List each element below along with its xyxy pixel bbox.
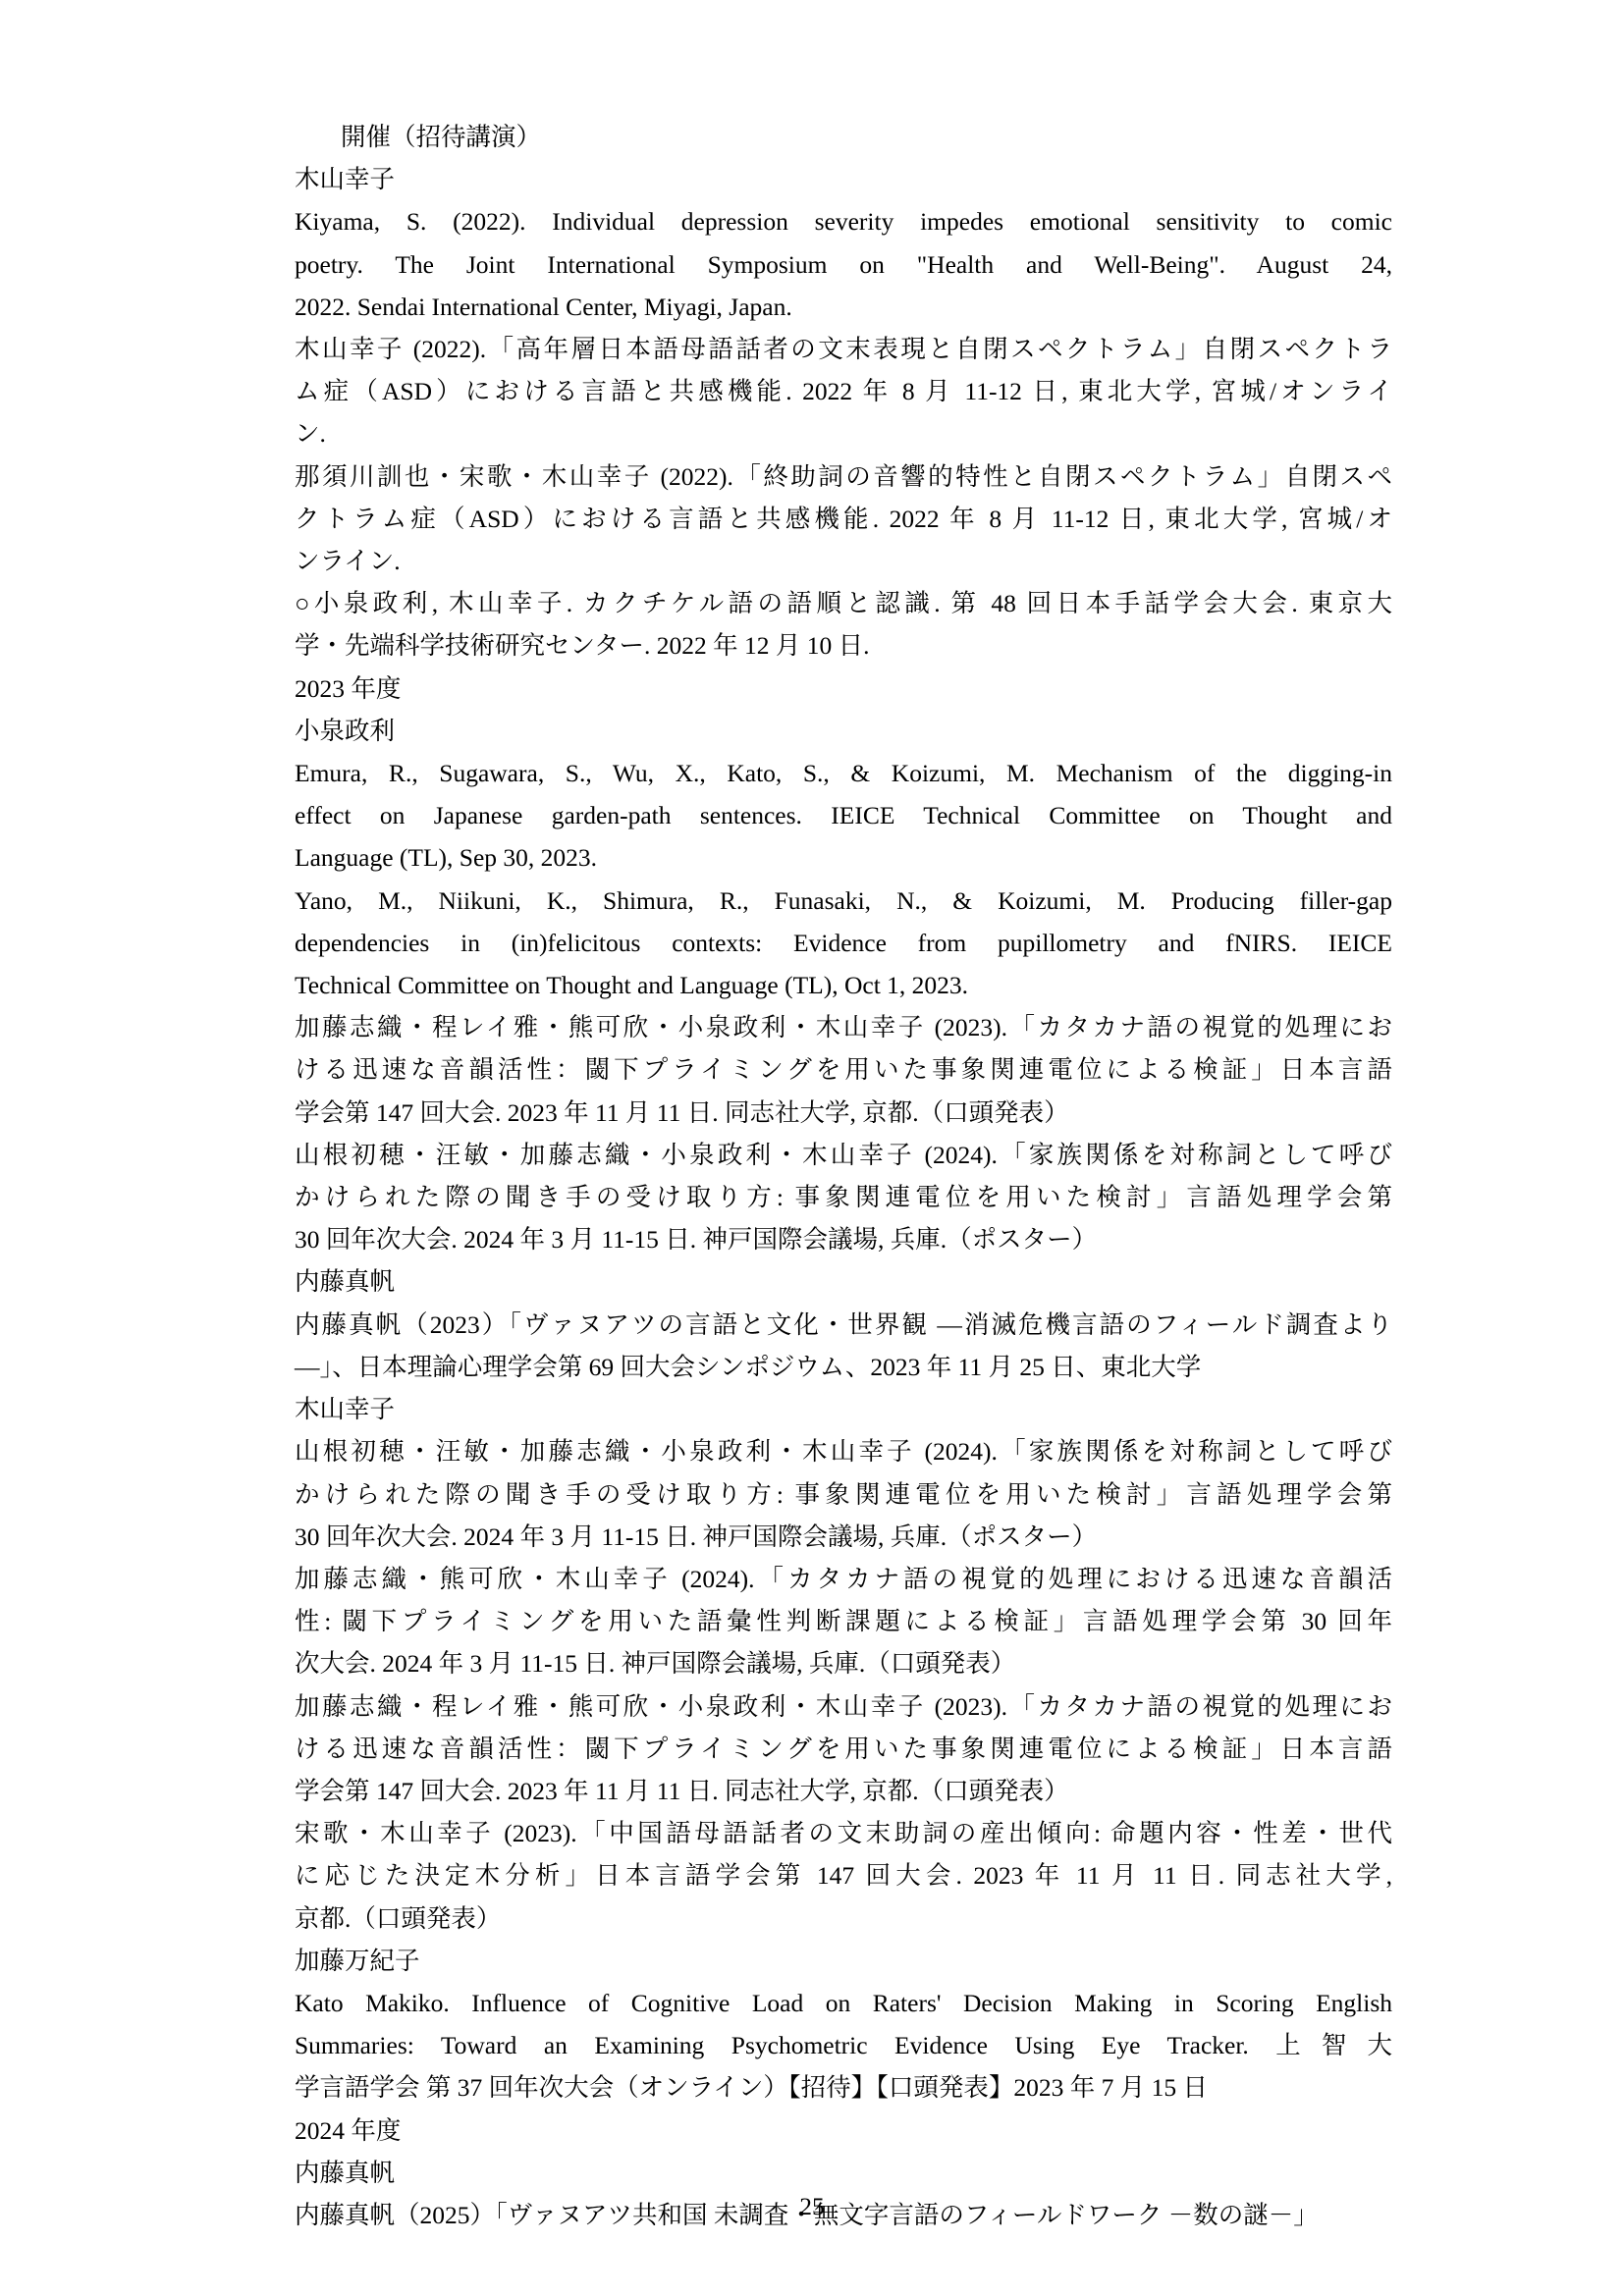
entry-line: 学会第 147 回大会. 2023 年 11 月 11 日. 同志社大学, 京都… xyxy=(341,1092,1392,1134)
entry-line: 30 回年次大会. 2024 年 3 月 11-15 日. 神戸国際会議場, 兵… xyxy=(341,1218,1392,1260)
entry-line: Kato Makiko. Influence of Cognitive Load… xyxy=(341,1982,1392,2024)
entry-line: ム症（ASD）における言語と共感機能. 2022 年 8 月 11-12 日, … xyxy=(341,370,1392,412)
entry-line: 学・先端科学技術研究センター. 2022 年 12 月 10 日. xyxy=(341,624,1392,667)
page-number: 25 xyxy=(0,2185,1624,2227)
entry-line: 加藤志織・程レイ雅・熊可欣・小泉政利・木山幸子 (2023).「カタカナ語の視覚… xyxy=(341,1685,1392,1728)
entry-line: クトラム症（ASD）における言語と共感機能. 2022 年 8 月 11-12 … xyxy=(341,498,1392,540)
entry-line: 加藤志織・熊可欣・木山幸子 (2024).「カタカナ語の視覚的処理における迅速な… xyxy=(341,1558,1392,1600)
reference-entry: Kiyama, S. (2022). Individual depression… xyxy=(295,200,1392,328)
entry-line: ―」、日本理論心理学会第 69 回大会シンポジウム、2023 年 11 月 25… xyxy=(341,1346,1392,1388)
entry-line: かけられた際の聞き手の受け取り方: 事象関連電位を用いた検討」言語処理学会第 xyxy=(341,1176,1392,1218)
entry-line: ける迅速な音韻活性：閾下プライミングを用いた事象関連電位による検証」日本言語 xyxy=(341,1048,1392,1091)
entry-line: Emura, R., Sugawara, S., Wu, X., Kato, S… xyxy=(341,752,1392,794)
entry-line: 内藤真帆（2023）「ヴァヌアツの言語と文化・世界観 ―消滅危機言語のフィールド… xyxy=(341,1304,1392,1346)
reference-entry: Emura, R., Sugawara, S., Wu, X., Kato, S… xyxy=(295,752,1392,880)
reference-entry: 加藤志織・熊可欣・木山幸子 (2024).「カタカナ語の視覚的処理における迅速な… xyxy=(295,1558,1392,1685)
entry-line: 那須川訓也・宋歌・木山幸子 (2022).「終助詞の音響的特性と自閉スペクトラム… xyxy=(341,455,1392,498)
entry-line: 2022. Sendai International Center, Miyag… xyxy=(341,286,1392,328)
entry-line: dependencies in (in)felicitous contexts:… xyxy=(341,922,1392,964)
entry-line: 学言語学会 第 37 回年次大会（オンライン）【招待】【口頭発表】2023 年 … xyxy=(341,2066,1392,2109)
author-heading: 加藤万紀子 xyxy=(295,1940,1392,1982)
document-page-body: 開催（招待講演） 木山幸子 Kiyama, S. (2022). Individ… xyxy=(295,116,1392,2236)
entry-line: 30 回年次大会. 2024 年 3 月 11-15 日. 神戸国際会議場, 兵… xyxy=(341,1516,1392,1558)
author-heading: 小泉政利 xyxy=(295,710,1392,752)
reference-entry: 宋歌・木山幸子 (2023).「中国語母語話者の文末助詞の産出傾向: 命題内容・… xyxy=(295,1812,1392,1940)
reference-entry: 山根初穂・汪敏・加藤志織・小泉政利・木山幸子 (2024).「家族関係を対称詞と… xyxy=(295,1430,1392,1558)
reference-entry: 加藤志織・程レイ雅・熊可欣・小泉政利・木山幸子 (2023).「カタカナ語の視覚… xyxy=(295,1006,1392,1134)
entry-line: 山根初穂・汪敏・加藤志織・小泉政利・木山幸子 (2024).「家族関係を対称詞と… xyxy=(341,1430,1392,1472)
reference-entry: 山根初穂・汪敏・加藤志織・小泉政利・木山幸子 (2024).「家族関係を対称詞と… xyxy=(295,1134,1392,1261)
entry-line: Yano, M., Niikuni, K., Shimura, R., Funa… xyxy=(341,880,1392,922)
entry-line: 性: 閾下プライミングを用いた語彙性判断課題による検証」言語処理学会第 30 回… xyxy=(341,1600,1392,1642)
fiscal-year-heading: 2024 年度 xyxy=(295,2109,1392,2152)
reference-entry: ○小泉政利, 木山幸子. カクチケル語の語順と認識. 第 48 回日本手話学会大… xyxy=(295,582,1392,667)
entry-line: に応じた決定木分析」日本言語学会第 147 回大会. 2023 年 11 月 1… xyxy=(341,1854,1392,1896)
entry-line: ける迅速な音韻活性：閾下プライミングを用いた事象関連電位による検証」日本言語 xyxy=(341,1728,1392,1770)
entry-line: Summaries: Toward an Examining Psychomet… xyxy=(341,2024,1392,2066)
entry-line: ○小泉政利, 木山幸子. カクチケル語の語順と認識. 第 48 回日本手話学会大… xyxy=(341,582,1392,624)
author-heading: 木山幸子 xyxy=(295,1388,1392,1430)
reference-entry: Kato Makiko. Influence of Cognitive Load… xyxy=(295,1982,1392,2109)
reference-entry: Yano, M., Niikuni, K., Shimura, R., Funa… xyxy=(295,880,1392,1007)
entry-line: 加藤志織・程レイ雅・熊可欣・小泉政利・木山幸子 (2023).「カタカナ語の視覚… xyxy=(341,1006,1392,1048)
reference-entry: 加藤志織・程レイ雅・熊可欣・小泉政利・木山幸子 (2023).「カタカナ語の視覚… xyxy=(295,1685,1392,1813)
entry-line: 次大会. 2024 年 3 月 11-15 日. 神戸国際会議場, 兵庫.（口頭… xyxy=(341,1642,1392,1684)
entry-line: effect on Japanese garden-path sentences… xyxy=(341,794,1392,836)
entry-line: 木山幸子 (2022).「高年層日本語母語話者の文末表現と自閉スペクトラム」自閉… xyxy=(341,328,1392,370)
reference-entry: 内藤真帆（2023）「ヴァヌアツの言語と文化・世界観 ―消滅危機言語のフィールド… xyxy=(295,1304,1392,1388)
entry-line: poetry. The Joint International Symposiu… xyxy=(341,243,1392,286)
reference-entry: 木山幸子 (2022).「高年層日本語母語話者の文末表現と自閉スペクトラム」自閉… xyxy=(295,328,1392,455)
entry-line: Technical Committee on Thought and Langu… xyxy=(341,964,1392,1006)
entry-line: 京都.（口頭発表） xyxy=(341,1897,1392,1940)
continued-entry-line: 開催（招待講演） xyxy=(295,116,1392,158)
reference-entry: 那須川訓也・宋歌・木山幸子 (2022).「終助詞の音響的特性と自閉スペクトラム… xyxy=(295,455,1392,583)
author-heading: 内藤真帆 xyxy=(295,1260,1392,1303)
entry-line: ン. xyxy=(341,412,1392,454)
entry-line: 宋歌・木山幸子 (2023).「中国語母語話者の文末助詞の産出傾向: 命題内容・… xyxy=(341,1812,1392,1854)
fiscal-year-heading: 2023 年度 xyxy=(295,667,1392,710)
entry-line: Kiyama, S. (2022). Individual depression… xyxy=(341,200,1392,242)
entry-line: かけられた際の聞き手の受け取り方: 事象関連電位を用いた検討」言語処理学会第 xyxy=(341,1473,1392,1516)
author-heading: 木山幸子 xyxy=(295,158,1392,200)
entry-line: ンライン. xyxy=(341,540,1392,582)
entry-line: Language (TL), Sep 30, 2023. xyxy=(341,836,1392,879)
entry-line: 山根初穂・汪敏・加藤志織・小泉政利・木山幸子 (2024).「家族関係を対称詞と… xyxy=(341,1134,1392,1176)
entry-line: 学会第 147 回大会. 2023 年 11 月 11 日. 同志社大学, 京都… xyxy=(341,1770,1392,1812)
